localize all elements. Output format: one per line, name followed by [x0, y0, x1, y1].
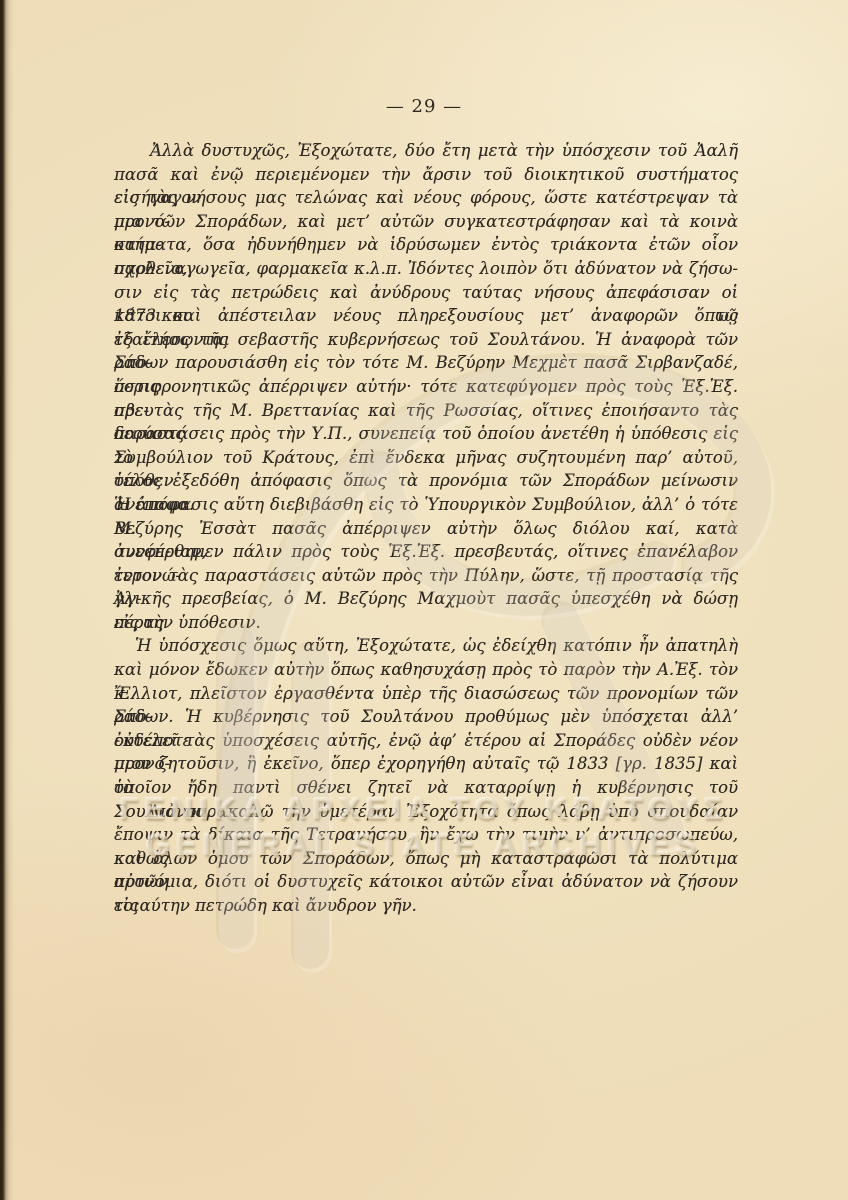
text-line: ἀνεφέρθημεν πάλιν πρὸς τοὺς Ἐξ.Ἐξ. πρεσβ… — [114, 540, 738, 564]
text-line: μιον ζητοῦσιν, ἢ ἐκεῖνο, ὅπερ ἐχορηγήθη … — [114, 752, 738, 776]
text-line: σβευτὰς τῆς Μ. Βρεττανίας καὶ τῆς Ρωσσία… — [114, 399, 738, 423]
text-line: πασᾶ καὶ ἐνῷ περιεμένομεν τὴν ἄρσιν τοῦ … — [114, 163, 738, 187]
text-line: 1873 καὶ ἀπέστειλαν νέους πληρεξουσίους … — [114, 304, 738, 328]
text-line: Βεζύρης Ἐσσὰτ πασᾶς ἀπέρριψεν αὐτὴν ὅλως… — [114, 517, 738, 541]
scanned-page: — 29 — Ἀλλὰ δυστυχῶς, Ἐξοχώτατε, δύο ἔτη… — [0, 0, 848, 1200]
text-line: Ἀλλὰ δυστυχῶς, Ἐξοχώτατε, δύο ἔτη μετὰ τ… — [114, 139, 738, 163]
text-line: καὶ μόνον ἔδωκεν αὐτὴν ὅπως καθησυχάσῃ π… — [114, 658, 738, 682]
text-line: σιν εἰς τὰς πετρώδεις καὶ ἀνύδρους ταύτα… — [114, 281, 738, 305]
book-spine-edge — [0, 0, 14, 1200]
text-line: Ἡ ἀπόφασις αὕτη διεβιβάσθη εἰς τὸ Ὑπουργ… — [114, 493, 738, 517]
text-line: τέλος ἐξεδόθη ἀπόφασις ὅπως τὰ προνόμια … — [114, 469, 738, 493]
text-line: ἔποψιν τὰ δίκαια τῆς Τετρανήσου, ἣν ἔχω … — [114, 823, 738, 847]
text-line: προνόμια, διότι οἱ δυστυχεῖς κάτοικοι αὐ… — [114, 870, 738, 894]
text-line: τὸ ἔλεος τῆς σεβαστῆς κυβερνήσεως τοῦ Σο… — [114, 328, 738, 352]
text-line: παρθεναγωγεῖα, φαρμακεῖα κ.λ.π. Ἰδόντες … — [114, 257, 738, 281]
page-number: — 29 — — [0, 96, 848, 117]
text-line: Ἔλλιοτ, πλεῖστον ἐργασθέντα ὑπὲρ τῆς δια… — [114, 682, 738, 706]
text-body: Ἀλλὰ δυστυχῶς, Ἐξοχώτατε, δύο ἔτη μετὰ τ… — [114, 139, 738, 918]
text-line: στήματα, ὅσα ἠδυνήθημεν νὰ ἱδρύσωμεν ἐντ… — [114, 233, 738, 257]
text-line: τοιαύτην πετρώδη καὶ ἄνυδρον γῆν. — [114, 894, 738, 918]
text-line: Διὸ παρακαλῶ τὴν ὑμετέραν Ἐξοχότητα ὅπως… — [114, 800, 738, 824]
text-line: μια τῶν Σποράδων, καὶ μετ’ αὐτῶν συγκατε… — [114, 210, 738, 234]
text-line: περιφρονητικῶς ἀπέρριψεν αὐτήν· τότε κατ… — [114, 375, 738, 399]
text-line: καὶ ὅλων ὁμοῦ τῶν Σποράδων, ὅπως μὴ κατα… — [114, 847, 738, 871]
paragraph: Ἀλλὰ δυστυχῶς, Ἐξοχώτατε, δύο ἔτη μετὰ τ… — [114, 139, 738, 634]
text-line: τερον τὰς παραστάσεις αὐτῶν πρὸς τὴν Πύλ… — [114, 564, 738, 588]
text-line: γλικῆς πρεσβείας, ὁ Μ. Βεζύρης Μαχμοὺτ π… — [114, 587, 738, 611]
text-line: ὁποῖον ἤδη παντὶ σθένει ζητεῖ νὰ καταρρί… — [114, 776, 738, 800]
text-line: ράδων. Ἡ κυβέρνησις τοῦ Σουλτάνου προθύμ… — [114, 705, 738, 729]
text-line: εἰς τὰς νήσους μας τελώνας καὶ νέους φόρ… — [114, 186, 738, 210]
paragraph: Διὸ παρακαλῶ τὴν ὑμετέραν Ἐξοχότητα ὅπως… — [114, 800, 738, 918]
text-line: Συμβούλιον τοῦ Κράτους, ἐπὶ ἕνδεκα μῆνας… — [114, 446, 738, 470]
text-line: ράδων παρουσιάσθη εἰς τὸν τότε Μ. Βεζύρη… — [114, 351, 738, 375]
paragraph: Ἡ ὑπόσχεσις ὅμως αὕτη, Ἐξοχώτατε, ὡς ἐδε… — [114, 634, 738, 799]
text-line: παραστάσεις πρὸς τὴν Υ.Π., συνεπείᾳ τοῦ … — [114, 422, 738, 446]
text-line: εἰς τὴν ὑπόθεσιν. — [114, 611, 738, 635]
text-line: ἐκτελεῖ τὰς ὑποσχέσεις αὐτῆς, ἐνῷ ἀφ’ ἑτ… — [114, 729, 738, 753]
text-line: Ἡ ὑπόσχεσις ὅμως αὕτη, Ἐξοχώτατε, ὡς ἐδε… — [114, 634, 738, 658]
